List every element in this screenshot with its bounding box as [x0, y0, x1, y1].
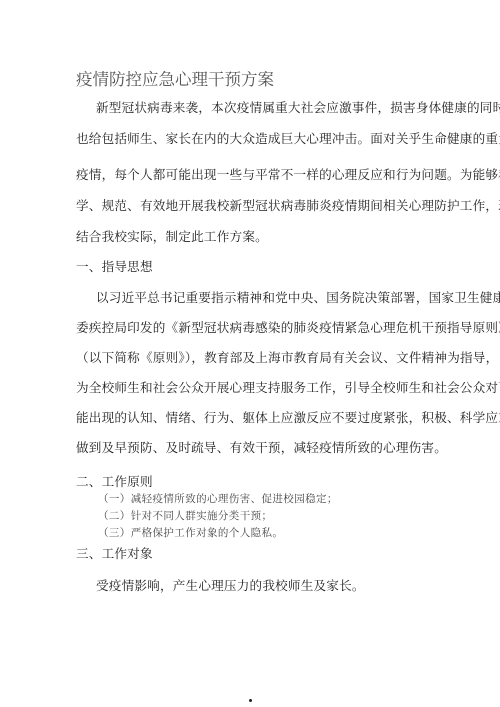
intro-line-5: 结合我校实际，制定此工作方案。: [76, 229, 268, 245]
section-1-line-1: 以习近平总书记重要指示精神和党中央、国务院决策部署，国家卫生健康: [96, 290, 500, 306]
principle-item-3: （三）严格保护工作对象的个人隐私。: [98, 526, 283, 540]
intro-line-4: 学、规范、有效地开展我校新型冠状病毒肺炎疫情期间相关心理防护工作，现: [76, 198, 500, 214]
section-1-line-6: 做到及早预防、及时疏导、有效干预，减轻疫情所致的心理伤害。: [76, 440, 447, 456]
document-title: 疫情防控应急心理干预方案: [76, 66, 274, 90]
principle-item-2: （二）针对不同人群实施分类干预；: [98, 509, 272, 523]
section-heading-work-targets: 三、工作对象: [76, 546, 153, 562]
intro-line-3: 疫情，每个人都可能出现一些与平常不一样的心理反应和行为问题。为能够科: [76, 167, 500, 183]
section-1-line-5: 能出现的认知、情绪、行为、躯体上应激反应不要过度紧张，积极、科学应对，: [76, 410, 500, 426]
intro-line-1: 新型冠状病毒来袭，本次疫情属重大社会应激事件，损害身体健康的同时，: [96, 100, 500, 116]
section-heading-work-principles: 二、工作原则: [76, 474, 153, 490]
document-page: 疫情防控应急心理干预方案 新型冠状病毒来袭，本次疫情属重大社会应激事件，损害身体…: [0, 0, 500, 707]
section-3-line-1: 受疫情影响，产生心理压力的我校师生及家长。: [96, 578, 365, 594]
section-1-line-3: （以下简称《原则》），教育部及上海市教育局有关会议、文件精神为指导，: [76, 350, 498, 366]
principle-item-1: （一）减轻疫情所致的心理伤害、促进校园稳定；: [98, 492, 338, 506]
intro-line-2: 也给包括师生、家长在内的大众造成巨大心理冲击。面对关乎生命健康的重大: [76, 131, 500, 147]
section-heading-guiding-ideology: 一、指导思想: [76, 259, 153, 275]
section-1-line-4: 为全校师生和社会公众开展心理支持服务工作，引导全校师生和社会公众对可: [76, 380, 500, 396]
section-1-line-2: 委疾控局印发的《新型冠状病毒感染的肺炎疫情紧急心理危机干预指导原则》: [76, 320, 500, 336]
footer-dot-marker: [249, 699, 252, 702]
